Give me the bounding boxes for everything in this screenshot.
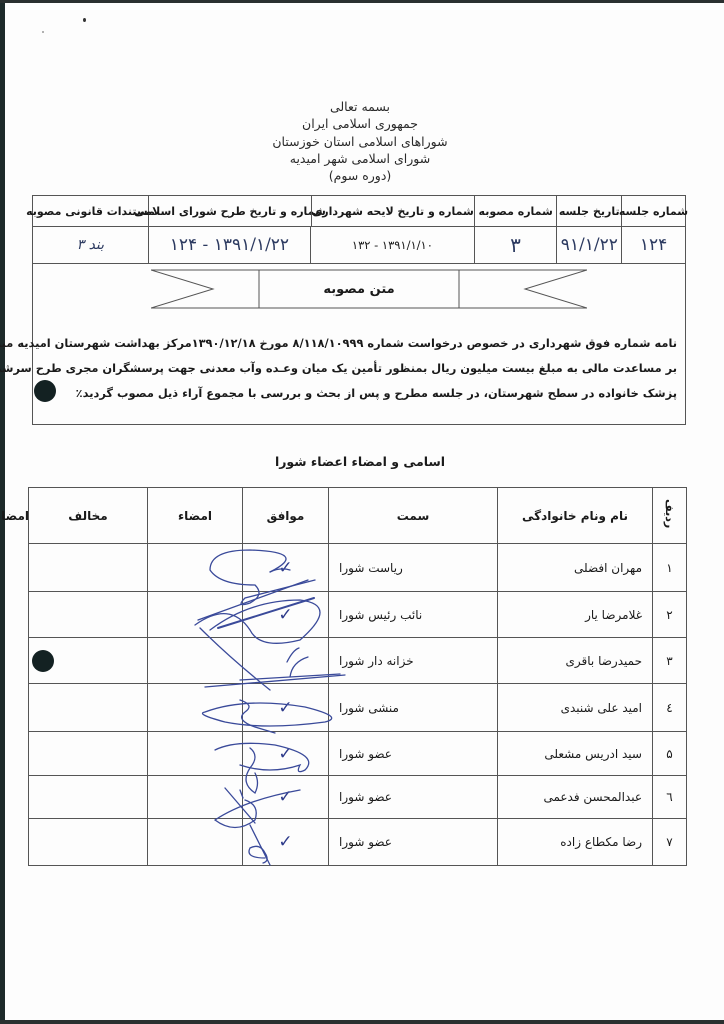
- value-session-date: ۹۱/۱/۲۲: [556, 226, 621, 263]
- header-signature: امضاء: [148, 488, 243, 544]
- agree-check: ✓: [243, 684, 329, 732]
- resolution-table-header-row: شماره جلسه تاریخ جلسه شماره مصوبه شماره …: [33, 196, 685, 227]
- header-resolution-number: شماره مصوبه: [474, 196, 556, 226]
- header-index: ردیف: [653, 488, 687, 544]
- header-line-term: (دوره سوم): [200, 167, 520, 184]
- agree-check: ✓: [243, 819, 329, 866]
- member-index: ۳: [653, 638, 687, 684]
- resolution-table: شماره جلسه تاریخ جلسه شماره مصوبه شماره …: [32, 195, 686, 425]
- member-name: غلامرضا یار: [498, 592, 653, 638]
- signature-cell: [148, 544, 243, 592]
- signature-cell: [148, 776, 243, 819]
- punch-hole-icon: [34, 380, 56, 402]
- member-index: ۱: [653, 544, 687, 592]
- agree-check: ✓: [243, 592, 329, 638]
- member-row: ۵ سید ادریس مشعلی عضو شورا ✓: [29, 732, 687, 776]
- resolution-body-text: نامه شماره فوق شهرداری در خصوص درخواست ش…: [41, 331, 677, 406]
- document-header: بسمه تعالی جمهوری اسلامی ایران شوراهای ا…: [200, 98, 520, 184]
- header-session-date: تاریخ جلسه: [556, 196, 621, 226]
- header-session-number: شماره جلسه: [621, 196, 685, 226]
- member-role: نائب رئیس شورا: [329, 592, 498, 638]
- member-role: عضو شورا: [329, 732, 498, 776]
- member-role: خزانه دار شورا: [329, 638, 498, 684]
- scan-speck: [42, 31, 44, 33]
- scan-edge-bottom: [0, 1020, 724, 1024]
- body-line-1: نامه شماره فوق شهرداری در خصوص درخواست ش…: [41, 331, 677, 356]
- header-name: نام ونام خانوادگی: [498, 488, 653, 544]
- signature-cell: [148, 732, 243, 776]
- header-oppose: مخالف: [29, 488, 148, 544]
- signature-cell: [148, 684, 243, 732]
- oppose-cell: [29, 732, 148, 776]
- member-row: ۳ حمیدرضا باقری خزانه دار شورا: [29, 638, 687, 684]
- banner-label: متن مصوبه: [259, 269, 459, 309]
- member-role: ریاست شورا: [329, 544, 498, 592]
- agree-check: ✓: [243, 776, 329, 819]
- oppose-cell: [29, 776, 148, 819]
- scan-edge-top: [0, 0, 724, 3]
- resolution-table-data-row: ۱۲۴ ۹۱/۱/۲۲ ۳ ۱۳۹۱/۱/۱۰ - ۱۳۲ ۱۳۹۱/۱/۲۲ …: [33, 226, 685, 264]
- resolution-text-banner: متن مصوبه: [151, 269, 587, 309]
- member-index: ۷: [653, 819, 687, 866]
- member-role: منشی شورا: [329, 684, 498, 732]
- member-row: ٤ امید علی شنبدی منشی شورا ✓: [29, 684, 687, 732]
- body-line-2: بر مساعدت مالی به مبلغ بیست میلیون ریال …: [41, 356, 677, 381]
- member-row: ۱ مهران افضلی ریاست شورا ✓: [29, 544, 687, 592]
- member-name: سید ادریس مشعلی: [498, 732, 653, 776]
- oppose-cell: [29, 819, 148, 866]
- header-municipality-bill: شماره و تاریخ لایحه شهرداری: [311, 196, 474, 226]
- signature-cell: [148, 638, 243, 684]
- agree-check: ✓: [243, 544, 329, 592]
- header-role: سمت: [329, 488, 498, 544]
- members-header-row: ردیف نام ونام خانوادگی سمت موافق امضاء م…: [29, 488, 687, 544]
- agree-check: ✓: [243, 732, 329, 776]
- members-table: ردیف نام ونام خانوادگی سمت موافق امضاء م…: [28, 487, 687, 866]
- member-index: ۲: [653, 592, 687, 638]
- member-row: ۷ رضا مکطاع زاده عضو شورا ✓: [29, 819, 687, 866]
- oppose-cell: [29, 684, 148, 732]
- signature-cell: [148, 592, 243, 638]
- member-row: ٦ عبدالمحسن فدعمی عضو شورا ✓: [29, 776, 687, 819]
- header-legal-documents: مستندات قانونی مصوبه: [33, 196, 148, 226]
- member-index: ٦: [653, 776, 687, 819]
- header-agree: موافق: [243, 488, 329, 544]
- value-session-number: ۱۲۴: [621, 226, 685, 263]
- members-section-title: اسامی و امضاء اعضاء شورا: [200, 454, 520, 469]
- value-legal-documents: بند ۳: [33, 226, 148, 263]
- member-role: عضو شورا: [329, 776, 498, 819]
- agree-check: [243, 638, 329, 684]
- member-name: حمیدرضا باقری: [498, 638, 653, 684]
- scan-speck: [83, 18, 86, 22]
- header-council-plan: شماره و تاریخ طرح شورای اسلامی: [148, 196, 311, 226]
- header-line-basmala: بسمه تعالی: [200, 98, 520, 115]
- value-council-plan: ۱۳۹۱/۱/۲۲ - ۱۲۴: [148, 226, 311, 263]
- oppose-cell: [29, 592, 148, 638]
- header-line-republic: جمهوری اسلامی ایران: [200, 115, 520, 132]
- member-name: امید علی شنبدی: [498, 684, 653, 732]
- member-role: عضو شورا: [329, 819, 498, 866]
- member-name: عبدالمحسن فدعمی: [498, 776, 653, 819]
- signature-cell: [148, 819, 243, 866]
- oppose-cell: [29, 544, 148, 592]
- header-line-city-council: شورای اسلامی شهر امیدیه: [200, 150, 520, 167]
- header-line-province-councils: شوراهای اسلامی استان خوزستان: [200, 133, 520, 150]
- value-resolution-number: ۳: [474, 226, 557, 263]
- member-index: ۵: [653, 732, 687, 776]
- member-row: ۲ غلامرضا یار نائب رئیس شورا ✓: [29, 592, 687, 638]
- member-name: رضا مکطاع زاده: [498, 819, 653, 866]
- value-municipality-bill: ۱۳۹۱/۱/۱۰ - ۱۳۲: [310, 226, 474, 263]
- member-index: ٤: [653, 684, 687, 732]
- member-name: مهران افضلی: [498, 544, 653, 592]
- punch-hole-icon: [32, 650, 54, 672]
- body-line-3: پزشک خانواده در سطح شهرستان، در جلسه مطر…: [41, 381, 677, 406]
